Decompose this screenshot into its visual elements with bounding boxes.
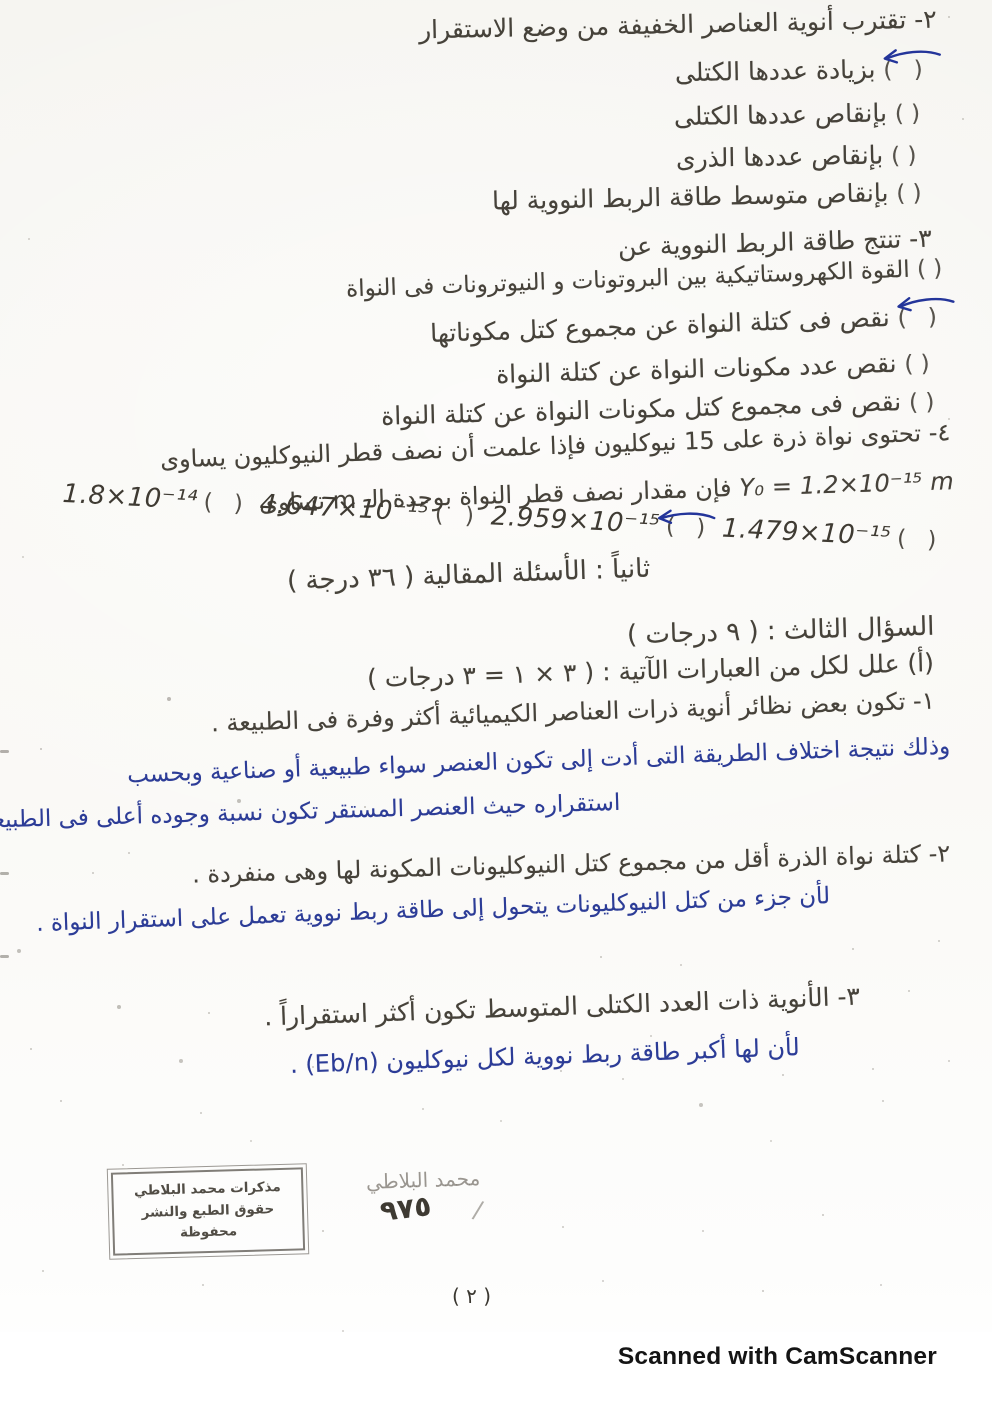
statement-1-answer-line2: استقراره حيث العنصر المستقر تكون نسبة وج… [0, 790, 620, 834]
q2-option-2-label: بإنقاص عددها الكتلى [674, 98, 887, 131]
q4-option-d-value: 1.479×10⁻¹⁵ [721, 513, 892, 552]
q4-option-c-checkbox: ( ) [659, 513, 713, 542]
q3-option-2-label: نقص فى كتلة النواة عن مجموع كتل مكوناتها [430, 303, 890, 348]
question-2-option-4: ( ) بإنقاص متوسط طاقة الربط النووية لها [492, 178, 922, 216]
q4-option-a-value: 1.8×10⁻¹⁴ [62, 479, 199, 516]
q4-option-c: 2.959×10⁻¹⁵( ) [490, 501, 713, 543]
question-4-stem-line1: ٤- تحتوى نواة ذرة على 15 نيوكليون فإذا ع… [159, 418, 950, 474]
q2-option-4-label: بإنقاص متوسط طاقة الربط النووية لها [492, 178, 889, 215]
q4-option-a: 1.8×10⁻¹⁴( ) [62, 479, 251, 519]
question-2-option-1: ( ) بزيادة عددها الكتلى [675, 54, 930, 87]
answer-parentheses: ( ) [896, 181, 922, 208]
stamp-line-2: حقوق الطبع والنشر محفوظة [122, 1198, 295, 1246]
question-3-stem: ٣- تنتج طاقة الربط النووية عن [618, 224, 932, 262]
q3-option-2-checkbox: ( ) [897, 301, 944, 332]
q3-option-3-label: نقص عدد مكونات النواة عن كتلة النواة [496, 349, 897, 389]
question-2-option-2: ( ) بإنقاص عددها الكتلى [674, 98, 921, 131]
q2-option-1-checkbox: ( ) [883, 54, 930, 84]
answer-parentheses: ( ) [896, 526, 944, 554]
q4-option-d: 1.479×10⁻¹⁵( ) [721, 513, 944, 555]
q2-option-1-label: بزيادة عددها الكتلى [675, 55, 876, 87]
section-b-heading: ثانياً : الأسئلة المقالية ( ٣٦ درجة ) [286, 554, 650, 597]
statement-1: ١- تكون بعض نظائر أنوية ذرات العناصر الك… [211, 687, 935, 738]
copyright-stamp: مذكرات محمد البلاطي حقوق الطبع والنشر مح… [111, 1167, 305, 1255]
scan-noise-dots [0, 0, 2, 2]
question-3-option-1: ( ) القوة الكهروستاتيكية بين البروتونات … [345, 256, 942, 303]
scan-edge-mark [0, 955, 9, 958]
scan-edge-mark [0, 750, 9, 753]
q4-option-c-value: 2.959×10⁻¹⁵ [490, 501, 661, 540]
answer-parentheses: ( ) [904, 351, 930, 378]
answer-parentheses: ( ) [203, 489, 251, 517]
answer-parentheses: ( ) [908, 389, 934, 416]
question-2-stem: ٢- تقترب أنوية العناصر الخفيفة من وضع ال… [419, 5, 937, 45]
question-2-option-3: ( ) بإنقاص عددها الذرى [675, 140, 916, 173]
check-mark-icon [652, 505, 719, 532]
check-mark-icon [878, 45, 944, 70]
signature-stroke-mark: / [471, 1195, 486, 1224]
part-a-instruction: (أ) علل لكل من العبارات الآتية : ( ٣ × ١… [367, 648, 935, 693]
q2-option-3-label: بإنقاص عددها الذرى [675, 140, 883, 173]
check-mark-icon [891, 292, 958, 318]
question-three-title: السؤال الثالث : ( ٩ درجات ) [626, 612, 934, 651]
camscanner-watermark: Scanned with CamScanner [618, 1343, 937, 1371]
statement-2-answer: لأن جزء من كتل النيوكليونات يتحول إلى طا… [35, 883, 830, 937]
statement-3: ٣- الأنوية ذات العدد الكتلى المتوسط تكون… [264, 982, 861, 1032]
question-3-option-3: ( ) نقص عدد مكونات النواة عن كتلة النواة [496, 348, 930, 389]
signature-number: ٩٧٥ [378, 1189, 433, 1228]
question-3-option-2: ( ) نقص فى كتلة النواة عن مجموع كتل مكون… [430, 301, 945, 348]
statement-2: ٢- كتلة نواة الذرة أقل من مجموع كتل الني… [191, 839, 950, 888]
answer-parentheses: ( ) [895, 101, 921, 127]
answer-parentheses: ( ) [434, 501, 482, 529]
scanned-exam-page: ٢- تقترب أنوية العناصر الخفيفة من وضع ال… [0, 0, 992, 1403]
answer-parentheses: ( ) [891, 143, 917, 169]
answer-parentheses: ( ) [916, 256, 942, 283]
q3-option-1-label: القوة الكهروستاتيكية بين البروتونات و ال… [345, 257, 909, 303]
page-number: ( ٢ ) [452, 1284, 491, 1308]
q4-given-value: Y₀ = 1.2×10⁻¹⁵ m [739, 467, 954, 502]
statement-1-answer-line1: وذلك نتيجة اختلاف الطريقة التى أدت إلى ت… [126, 734, 950, 789]
statement-3-answer: لأن لها أكبر طاقة ربط نووية لكل نيوكليون… [290, 1033, 800, 1079]
scan-edge-mark [0, 872, 9, 875]
